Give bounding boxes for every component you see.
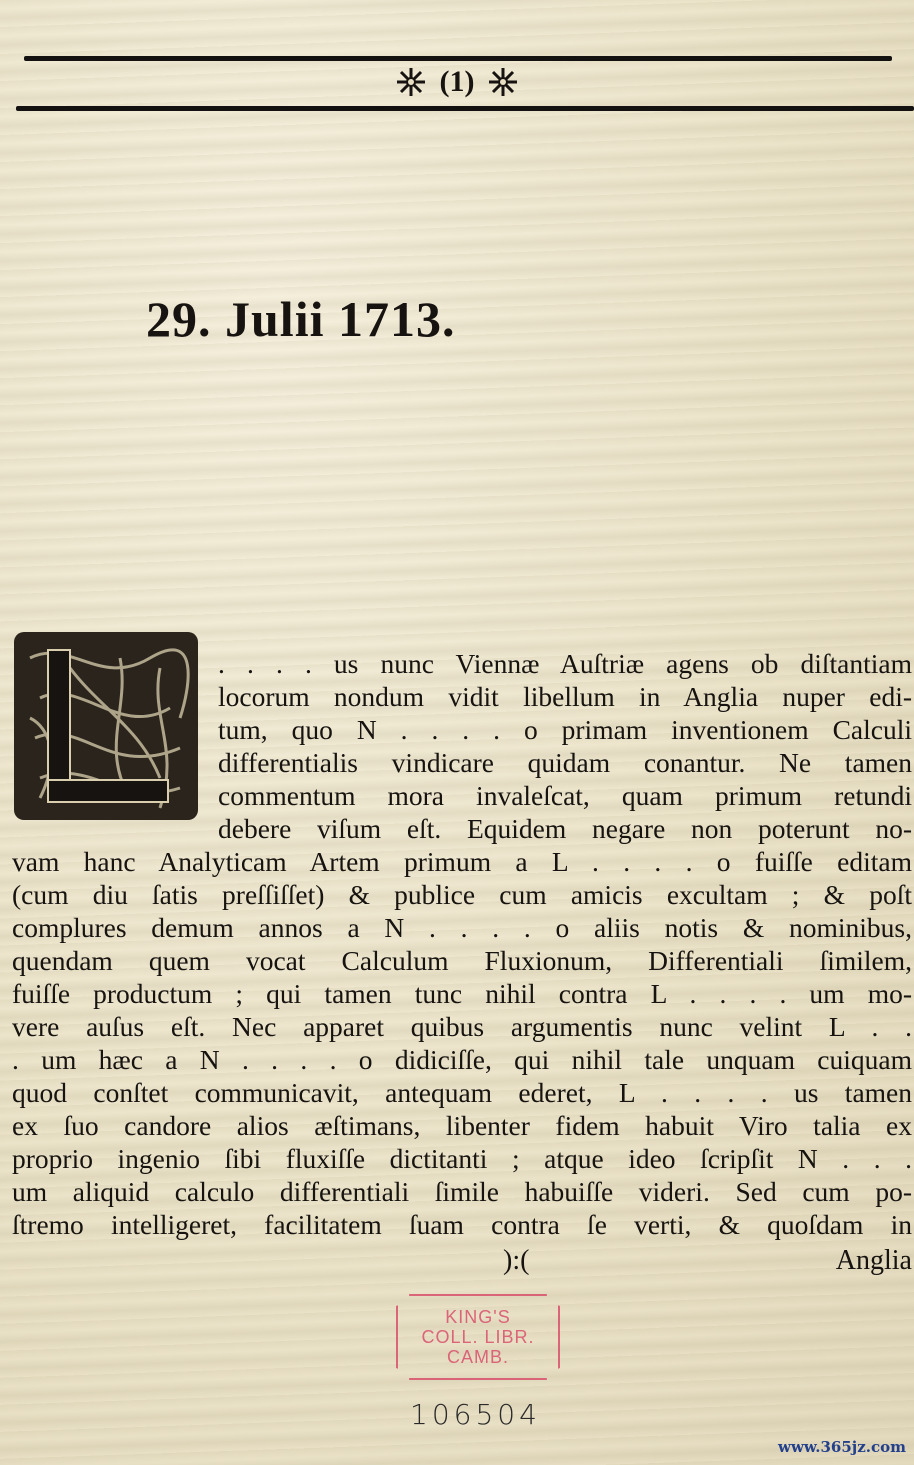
stamp-line: CAMB. — [447, 1347, 509, 1367]
flower-ornament-icon — [396, 67, 426, 97]
text-line: (cum diu ſatis preſſiſſet) & publice cum… — [12, 879, 912, 912]
text-line: quod conſtet communicavit, antequam eder… — [12, 1077, 912, 1110]
header-top-rule — [24, 56, 892, 61]
text-line: vam hanc Analyticam Artem primum a L . .… — [12, 846, 912, 879]
text-line: debere viſum eſt. Equidem negare non pot… — [218, 813, 912, 846]
document-date: 29. Julii 1713. — [146, 290, 455, 348]
text-line: . . . . us nunc Viennæ Auſtriæ agens ob … — [218, 648, 912, 681]
watermark-link: www.365jz.com — [778, 1438, 906, 1456]
accession-number: 106504 — [410, 1398, 541, 1431]
text-line: complures demum annos a N . . . . o alii… — [12, 912, 912, 945]
text-line: ſtremo intelligeret, facilitatem ſuam co… — [12, 1209, 912, 1242]
page-footer: ):( Anglia — [0, 1245, 914, 1279]
text-line: locorum nondum vidit libellum in Anglia … — [218, 681, 912, 714]
text-line: tum, quo N . . . . o primam inventionem … — [218, 714, 912, 747]
stamp-line: COLL. LIBR. — [421, 1327, 534, 1347]
catchword: Anglia — [836, 1245, 912, 1277]
signature-mark: ):( — [503, 1245, 529, 1277]
page-number: (1) — [440, 65, 475, 99]
text-line: ex ſuo candore alios æſtimans, libenter … — [12, 1110, 912, 1143]
text-line: proprio ingenio ſibi fluxiſſe dictitanti… — [12, 1143, 912, 1176]
text-line: vere auſus eſt. Nec apparet quibus argum… — [12, 1011, 912, 1044]
text-line: commentum mora invaleſcat, quam primum r… — [218, 780, 912, 813]
text-line: quendam quem vocat Calculum Fluxionum, D… — [12, 945, 912, 978]
page-header: (1) — [0, 62, 914, 102]
flower-ornament-icon — [488, 67, 518, 97]
text-line: differentialis vindicare quidam conantur… — [218, 747, 912, 780]
library-stamp: KING'S COLL. LIBR. CAMB. — [396, 1294, 560, 1380]
header-bottom-rule — [16, 106, 914, 111]
stamp-line: KING'S — [445, 1307, 510, 1327]
text-line: . um hæc a N . . . . o didiciſſe, qui ni… — [12, 1044, 912, 1077]
text-line: um aliquid calculo differentiali ſimile … — [12, 1176, 912, 1209]
text-line: fuiſſe productum ; qui tamen tunc nihil … — [12, 978, 912, 1011]
decorated-initial-letter-icon — [10, 628, 202, 824]
